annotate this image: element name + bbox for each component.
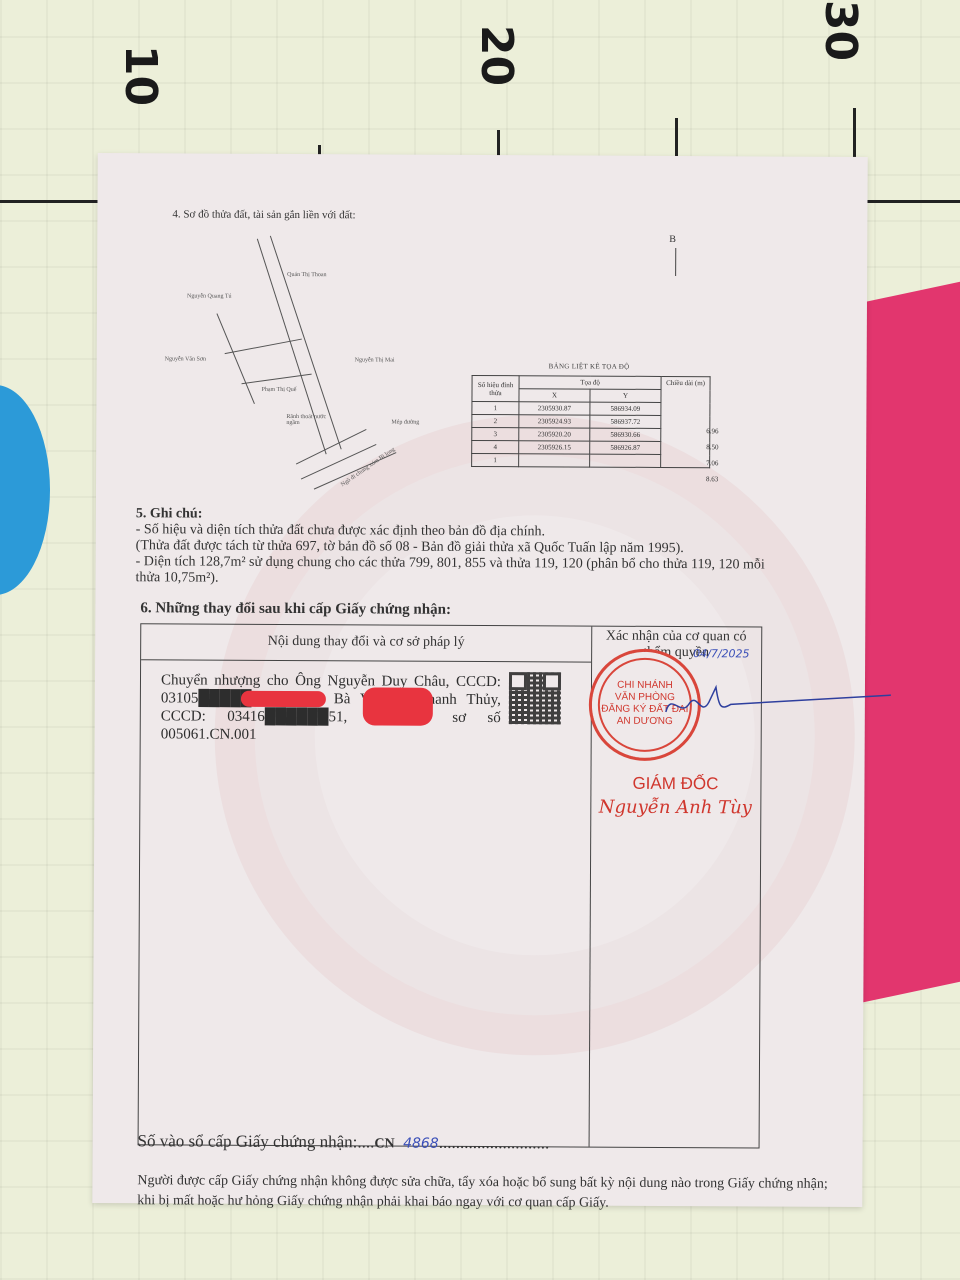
registry-number: 4868 [403,1136,439,1152]
changes-table: Nội dung thay đổi và cơ sở pháp lý Xác n… [138,623,763,1148]
cell-x [519,454,590,467]
cell-x: 2305926.15 [519,441,590,454]
section4-title: 4. Sơ đồ thửa đất, tài sản gắn liền với … [172,208,355,221]
signer-name: Nguyễn Anh Tùy [590,797,760,819]
plot-sketch: Quán Thị Thoan Nguyễn Quang Tú Nguyễn Vă… [136,223,477,495]
col-header-y: Y [590,389,661,402]
edge-length: 6.96 [706,427,718,435]
coord-table-title: BẢNG LIỆT KÊ TỌA ĐỘ [549,362,630,370]
land-certificate-page: 4. Sơ đồ thửa đất, tài sản gắn liền với … [92,153,867,1207]
edge-length: 8.50 [706,443,718,451]
neighbor-label: Nguyễn Thị Mai [355,357,395,363]
cell-x: 2305930.87 [519,402,590,415]
col-header-x: X [519,389,590,402]
qr-code[interactable] [509,672,561,724]
ruler-number: 10 [115,45,166,106]
cell-y [590,454,661,467]
handwritten-date: 04/7/2025 [693,647,749,660]
cell-point: 1 [472,453,519,466]
cell-y: 586926.87 [590,441,661,454]
redaction-mark [241,691,326,707]
neighbor-label: Quán Thị Thoan [287,272,326,278]
road-edge-label: Mép đường [391,420,419,426]
drain-label: Rãnh thoát nước ngầm [286,414,326,426]
header-content: Nội dung thay đổi và cơ sở pháp lý [141,633,591,651]
header-divider [141,659,591,662]
signature-icon [661,682,891,723]
cell-y: 586937.72 [590,415,661,428]
col-header-point: Số hiệu đỉnh thửa [472,375,519,401]
cell-point: 1 [472,401,519,414]
col-header-coords: Tọa độ [519,376,661,390]
neighbor-label: Phạm Thị Quế [262,387,297,393]
neighbor-label: Nguyễn Quang Tú [187,293,232,299]
change-entry-text: Chuyển nhượng cho Ông Nguyễn Duy Châu, C… [161,671,501,745]
note-line: - Diện tích 128,7m² sử dụng chung cho cá… [135,554,775,589]
notes-section: 5. Ghi chú: - Số hiệu và diện tích thửa … [135,506,775,589]
edge-length: 8.63 [706,475,718,483]
col-header-length: Chiều dài (m) [661,376,710,467]
signer-role: GIÁM ĐỐC [590,774,760,795]
cell-y: 586930.66 [590,428,661,441]
cell-point: 4 [472,440,519,453]
registry-prefix: CN [374,1136,394,1151]
north-arrow-label: B [669,234,676,245]
coord-table: Số hiệu đỉnh thửa Tọa độ Chiều dài (m) X… [471,375,710,468]
edge-length: 7.06 [706,459,718,467]
section6-title: 6. Những thay đổi sau khi cấp Giấy chứng… [140,600,451,619]
cell-x: 2305924.93 [519,415,590,428]
cell-point: 2 [472,414,519,427]
registry-line: Số vào sổ cấp Giấy chứng nhận:....CN 486… [138,1131,550,1153]
registry-label: Số vào sổ cấp Giấy chứng nhận: [138,1131,358,1151]
warning-text: Người được cấp Giấy chứng nhận không đượ… [137,1171,837,1215]
cell-x: 2305920.20 [519,428,590,441]
redaction-mark [363,687,433,725]
north-arrow-icon [675,248,676,276]
ruler-number: 30 [815,0,866,61]
cell-point: 3 [472,427,519,440]
ruler-number: 20 [471,25,522,86]
neighbor-label: Nguyễn Văn Sơn [165,356,206,362]
cell-y: 586934.09 [590,402,661,415]
